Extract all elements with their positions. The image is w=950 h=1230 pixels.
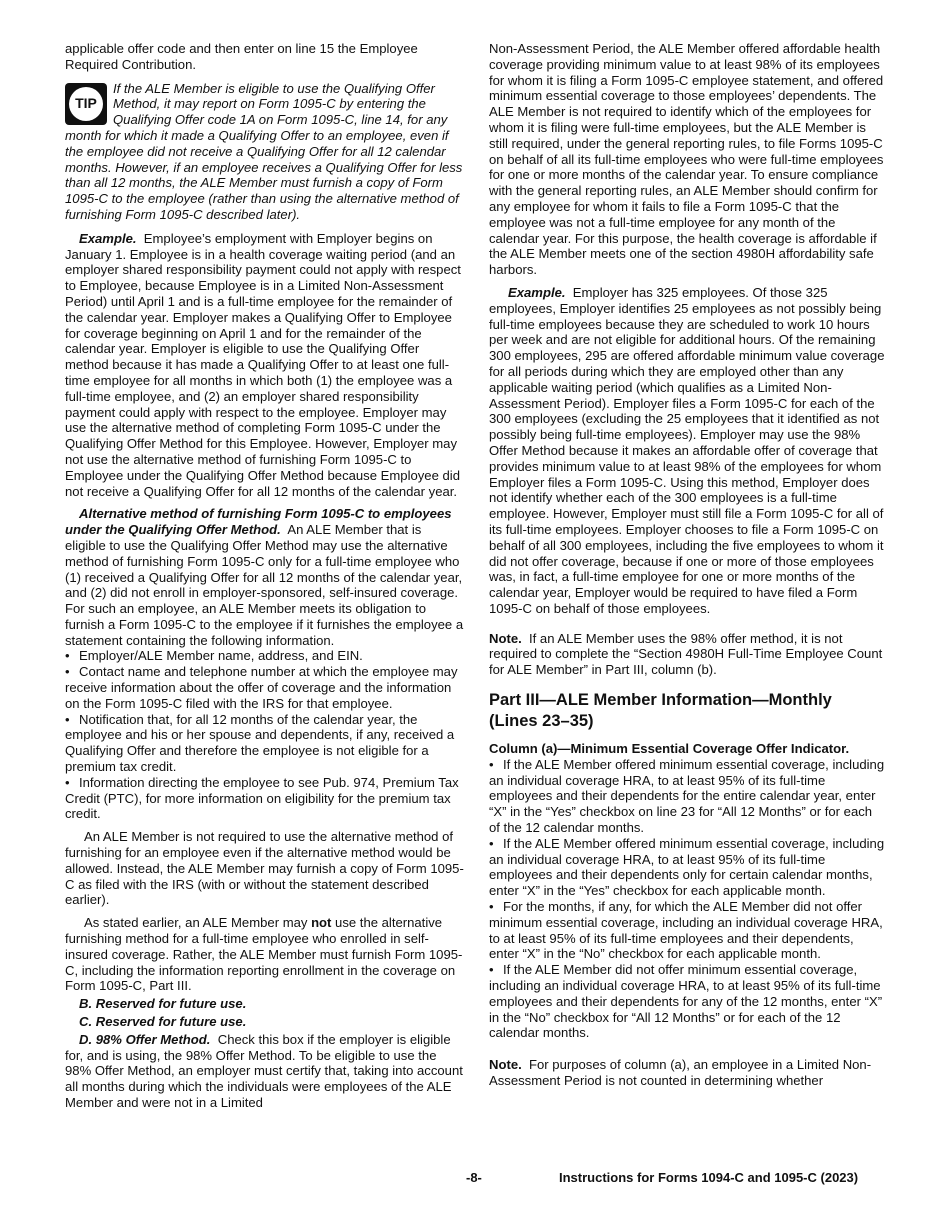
- reserved-b: B. Reserved for future use.: [65, 996, 465, 1012]
- bullet-icon: •: [65, 664, 79, 680]
- note-text: For purposes of column (a), an employee …: [489, 1057, 871, 1088]
- bullet-item: •Employer/ALE Member name, address, and …: [65, 648, 465, 664]
- column-a-heading: Column (a)—Minimum Essential Coverage Of…: [489, 741, 885, 757]
- note-98-offer: Note. If an ALE Member uses the 98% offe…: [489, 631, 885, 678]
- note-column-a: Note. For purposes of column (a), an emp…: [489, 1057, 885, 1089]
- page-number: -8-: [466, 1170, 482, 1185]
- right-column: Non-Assessment Period, the ALE Member of…: [489, 41, 885, 1096]
- example-text: Employer has 325 employees. Of those 325…: [489, 285, 884, 616]
- bullet-icon: •: [65, 775, 79, 791]
- example-paragraph-1: Example. Employee’s employment with Empl…: [65, 231, 465, 500]
- document-title: Instructions for Forms 1094-C and 1095-C…: [559, 1170, 858, 1185]
- example-text: Employee’s employment with Employer begi…: [65, 231, 461, 499]
- continuation-paragraph: Non-Assessment Period, the ALE Member of…: [489, 41, 885, 278]
- bullet-item: •If the ALE Member offered minimum essen…: [489, 836, 885, 899]
- bullet-item: •Notification that, for all 12 months of…: [65, 712, 465, 775]
- example-label: Example.: [79, 231, 137, 246]
- tip-icon-label: TIP: [69, 87, 103, 121]
- tip-icon: TIP: [65, 83, 107, 125]
- section-heading-part-iii: Part III—ALE Member Information—Monthly …: [489, 690, 885, 732]
- bullet-item: •Contact name and telephone number at wh…: [65, 664, 465, 711]
- alternative-method-paragraph: Alternative method of furnishing Form 10…: [65, 506, 465, 648]
- note-label: Note.: [489, 1057, 522, 1072]
- alternative-method-text: An ALE Member that is eligible to use th…: [65, 522, 463, 648]
- bullet-icon: •: [489, 757, 503, 773]
- offer-98-paragraph: D. 98% Offer Method. Check this box if t…: [65, 1032, 465, 1111]
- tip-box: TIP If the ALE Member is eligible to use…: [65, 81, 465, 223]
- note-text: If an ALE Member uses the 98% offer meth…: [489, 631, 882, 678]
- stated-earlier-paragraph: As stated earlier, an ALE Member may not…: [65, 915, 465, 994]
- bullet-item: •For the months, if any, for which the A…: [489, 899, 885, 962]
- reserved-c: C. Reserved for future use.: [65, 1014, 465, 1030]
- bullet-icon: •: [489, 962, 503, 978]
- bullet-item: •Information directing the employee to s…: [65, 775, 465, 822]
- emphasis-not: not: [311, 915, 331, 930]
- bullet-icon: •: [65, 712, 79, 728]
- left-column: applicable offer code and then enter on …: [65, 41, 465, 1118]
- offer-98-label: D. 98% Offer Method.: [79, 1032, 210, 1047]
- bullet-item: •If the ALE Member did not offer minimum…: [489, 962, 885, 1041]
- example-paragraph-2: Example. Employer has 325 employees. Of …: [489, 285, 885, 617]
- not-required-paragraph: An ALE Member is not required to use the…: [65, 829, 465, 908]
- bullet-icon: •: [489, 836, 503, 852]
- tip-text: If the ALE Member is eligible to use the…: [65, 81, 462, 222]
- bullet-item: •If the ALE Member offered minimum essen…: [489, 757, 885, 836]
- intro-paragraph: applicable offer code and then enter on …: [65, 41, 465, 73]
- example-label: Example.: [508, 285, 566, 300]
- bullet-icon: •: [65, 648, 79, 664]
- note-label: Note.: [489, 631, 522, 646]
- bullet-icon: •: [489, 899, 503, 915]
